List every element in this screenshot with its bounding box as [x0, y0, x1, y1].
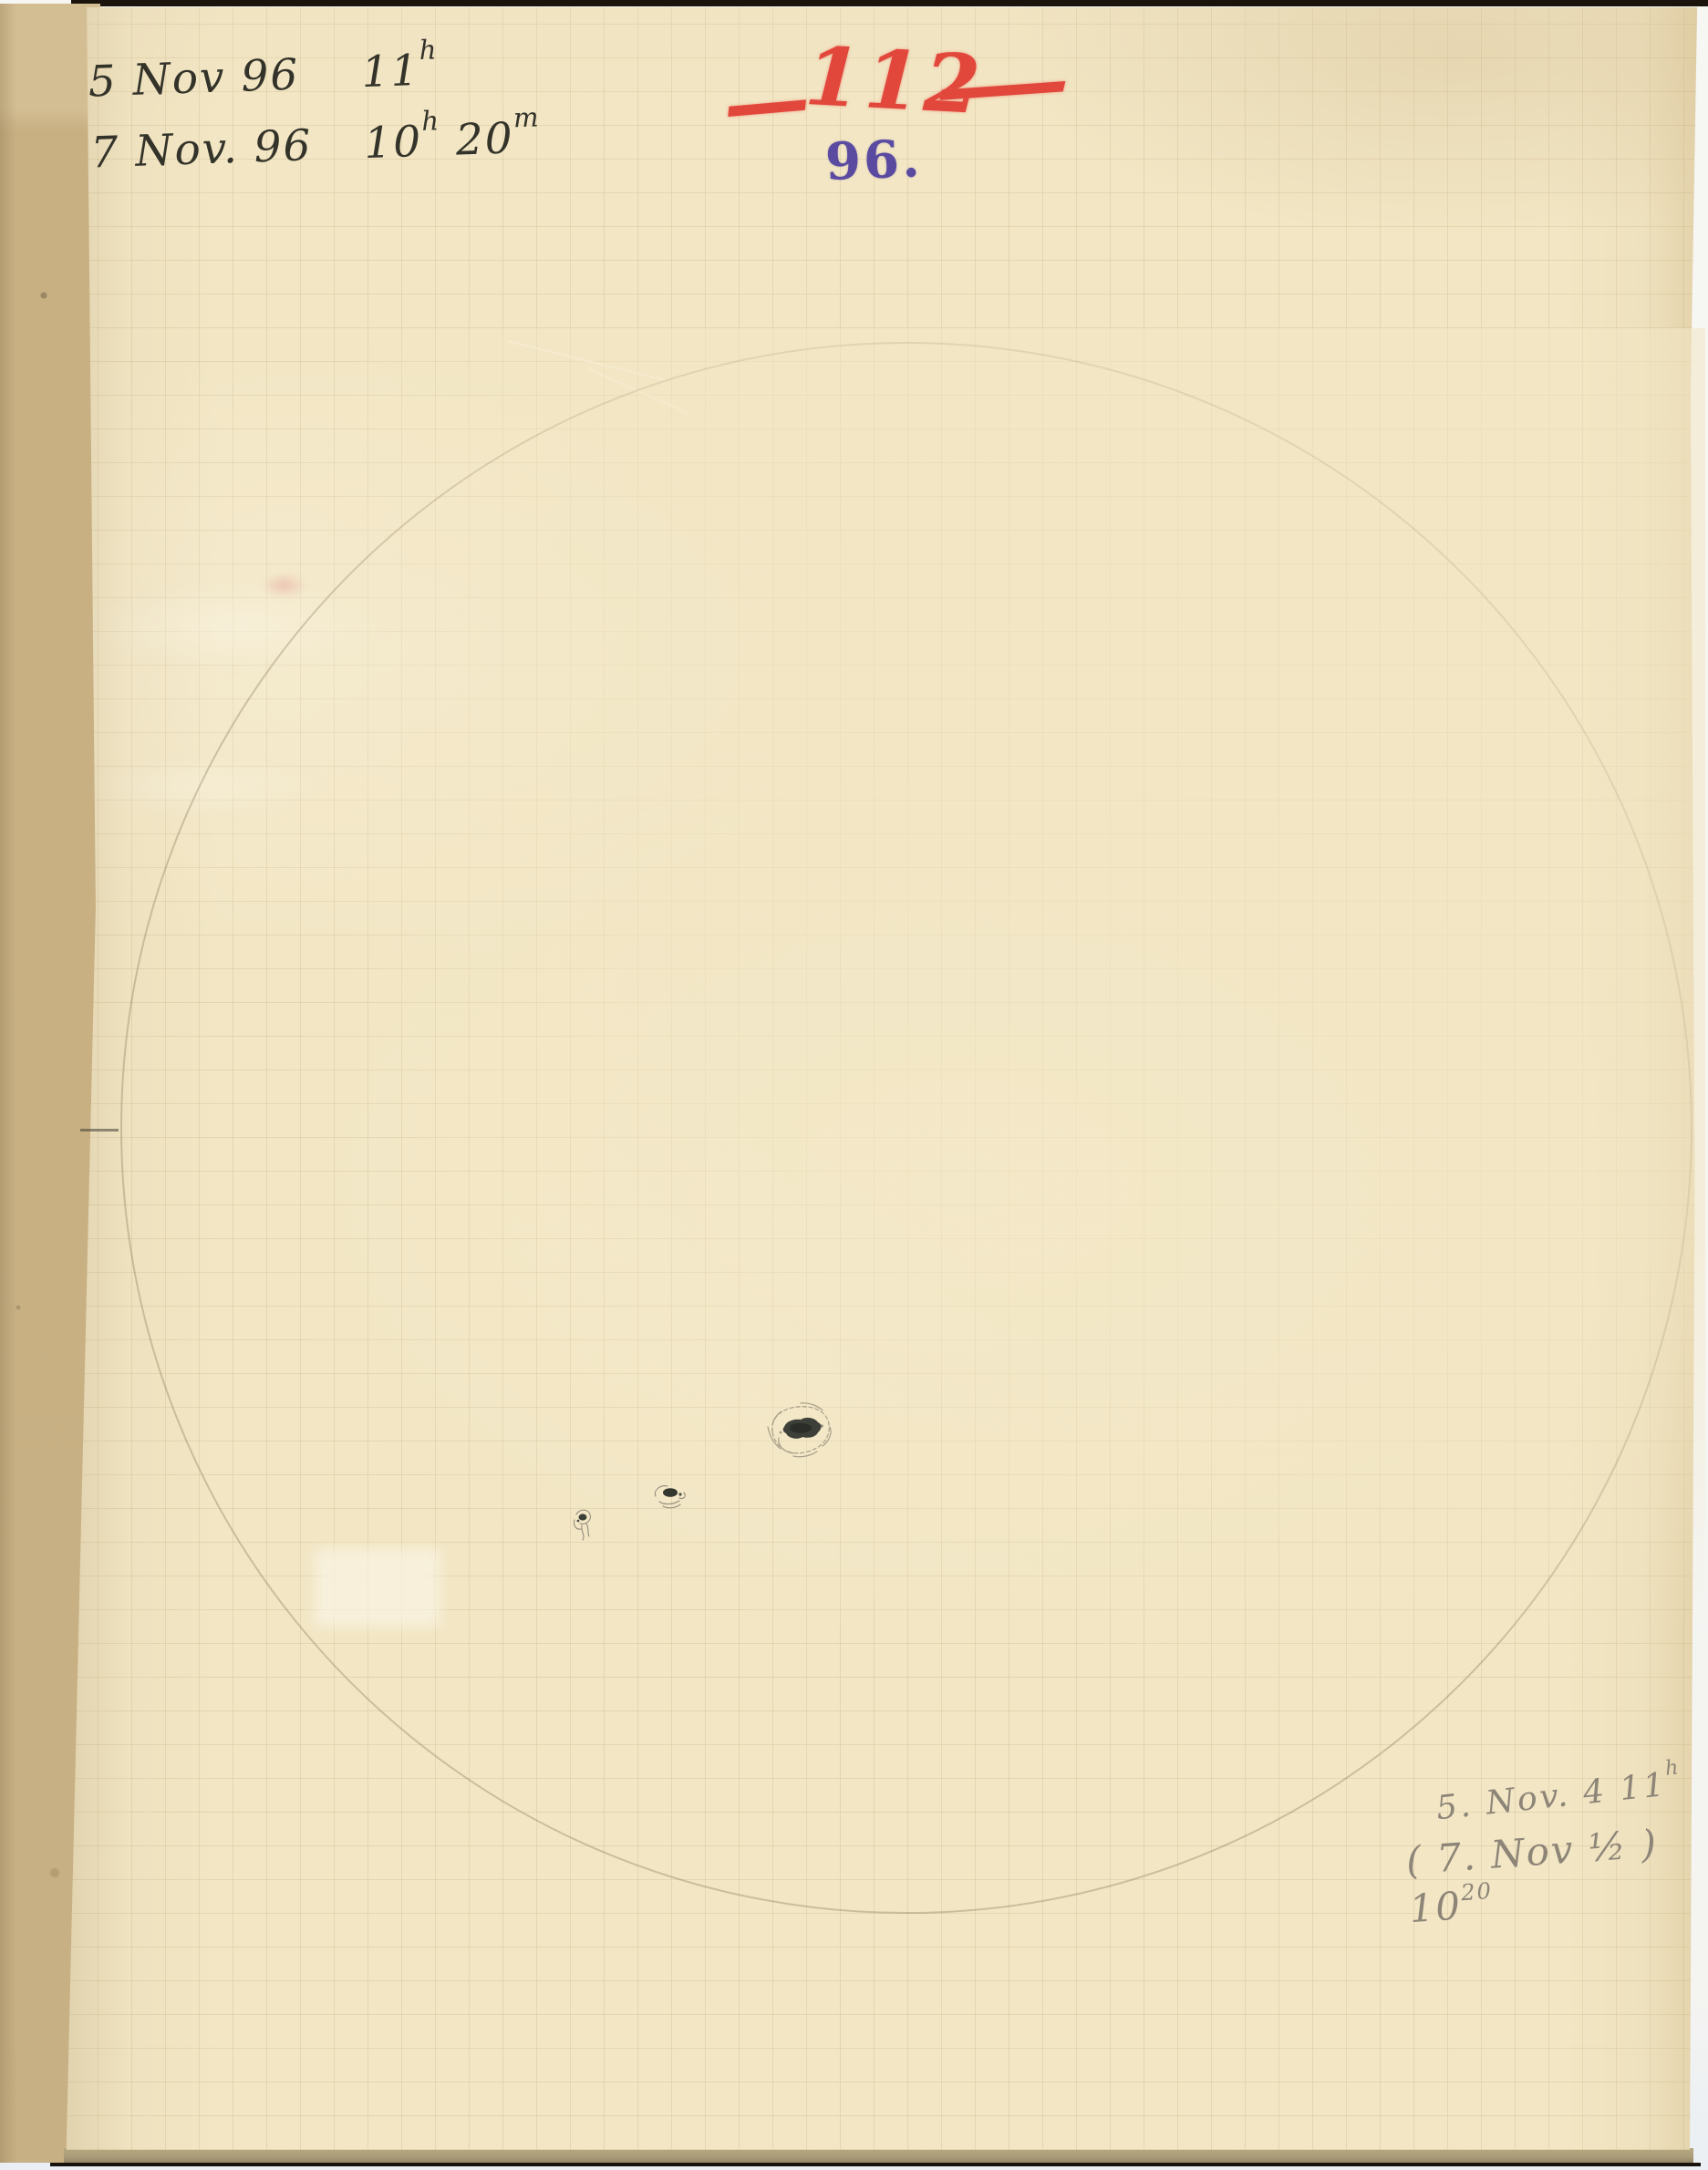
sunspot-small-right-drawing [645, 1476, 698, 1518]
scan-top-edge [71, 0, 1708, 6]
page-stack-bottom-edge [64, 2148, 1693, 2164]
observation-time-text: 11h [360, 34, 440, 98]
red-dash-left: — [719, 47, 813, 156]
observation-date-text: 5 Nov 96 [88, 47, 363, 107]
page-number-red: — 112 — [725, 26, 1053, 135]
limb-tick-mark [80, 1129, 119, 1131]
scanned-observation-sheet: 5 Nov 96 11h 7 Nov. 96 10h20m — 112 — 96… [0, 0, 1708, 2170]
sunspot-small-left-drawing [564, 1498, 606, 1545]
pencil-note-bottom-right: 5. Nov. 4 11h ( 7. Nov ½ ) 1020 [1397, 1753, 1708, 1937]
page-number-blue: 96. [824, 129, 924, 192]
observation-dates: 5 Nov 96 11h 7 Nov. 96 10h20m [87, 30, 542, 188]
sunspot-main-drawing [740, 1381, 859, 1482]
observation-time-text: 10h20m [363, 101, 542, 169]
pink-smudge-mark [262, 573, 307, 598]
scan-bottom-edge [50, 2163, 1701, 2166]
red-dash-right: — [929, 29, 1074, 139]
observation-date-text: 7 Nov. 96 [90, 119, 366, 178]
solar-disk-outline [120, 342, 1692, 1914]
